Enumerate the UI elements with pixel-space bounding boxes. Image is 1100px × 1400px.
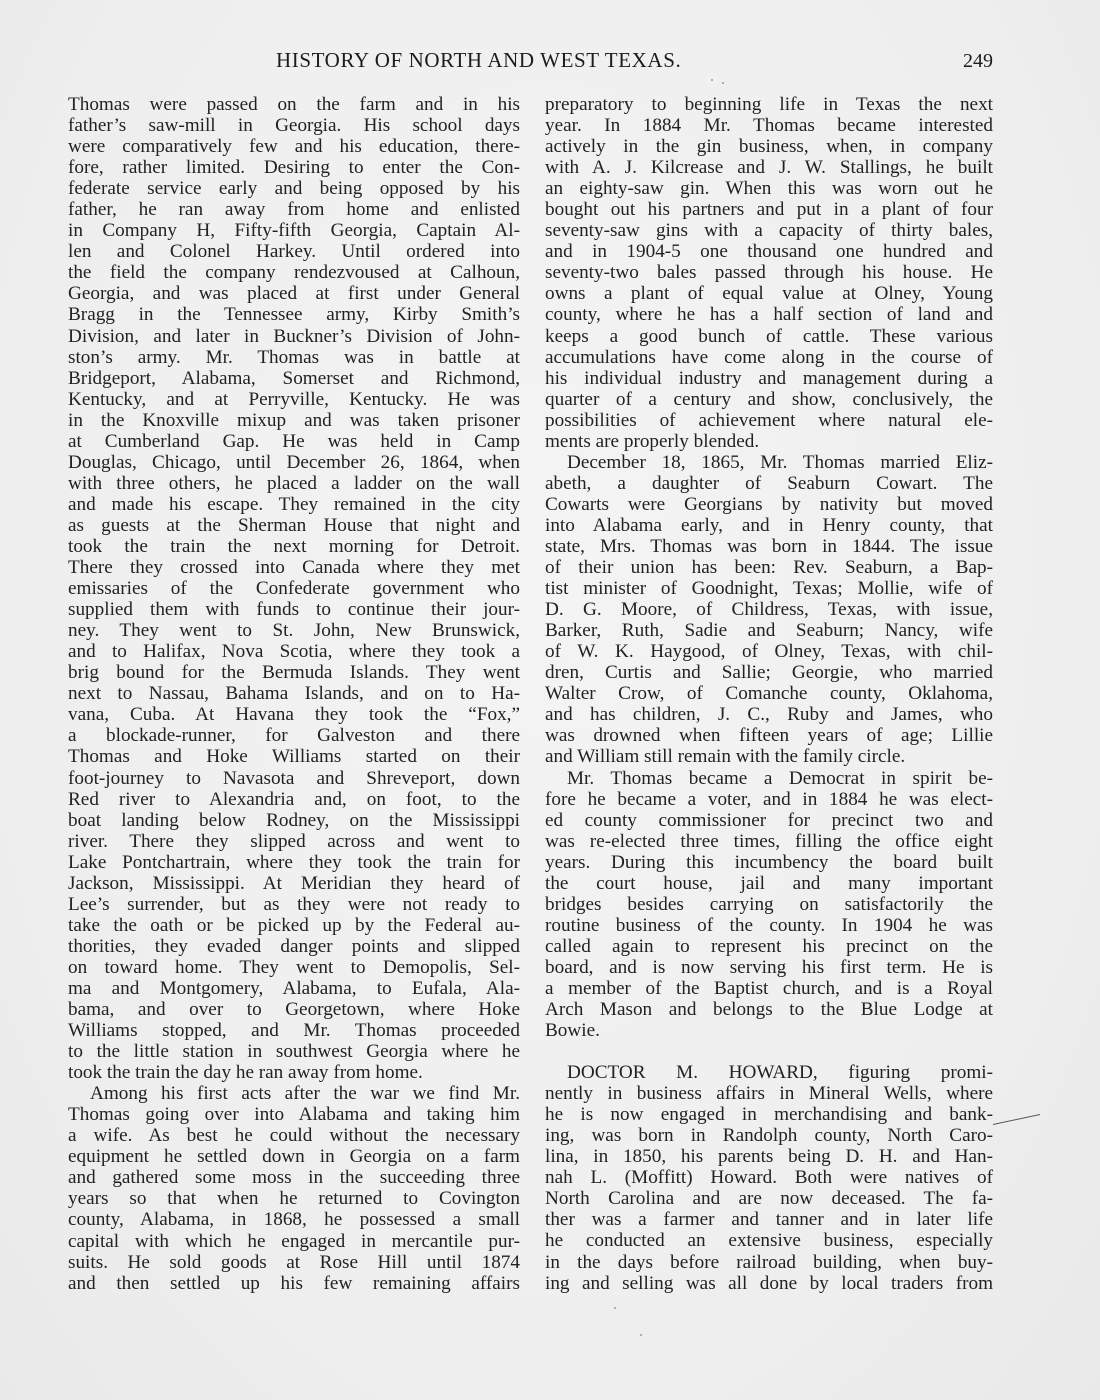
left-column-line: the field the company rendezvoused at Ca… <box>68 262 520 283</box>
right-column-line: ther was a farmer and tanner and in late… <box>545 1209 993 1230</box>
paper-speck <box>614 1307 616 1309</box>
right-column: preparatory to beginning life in Texas t… <box>545 94 993 1294</box>
left-column-line: bama, and over to Georgetown, where Hoke <box>68 999 520 1020</box>
right-column-line: Mr. Thomas became a Democrat in spirit b… <box>545 768 993 789</box>
right-column-line: DOCTOR M. HOWARD, figuring promi- <box>545 1062 993 1083</box>
right-column-line: D. G. Moore, of Childress, Texas, with i… <box>545 599 993 620</box>
right-column-line: Bowie. <box>545 1020 993 1041</box>
left-column-line: Bridgeport, Alabama, Somerset and Richmo… <box>68 368 520 389</box>
left-column-line: brig bound for the Bermuda Islands. They… <box>68 662 520 683</box>
right-column-line: of their union has been: Rev. Seaburn, a… <box>545 557 993 578</box>
right-column-line: bridges besides carrying on satisfactori… <box>545 894 993 915</box>
right-column-line: nah L. (Moffitt) Howard. Both were nativ… <box>545 1167 993 1188</box>
right-column-line: ing, was born in Randolph county, North … <box>545 1125 993 1146</box>
right-column-line: accumulations have come along in the cou… <box>545 347 993 368</box>
right-column-line: December 18, 1865, Mr. Thomas married El… <box>545 452 993 473</box>
left-column-line: capital with which he engaged in mercant… <box>68 1231 520 1252</box>
right-column-line: routine business of the county. In 1904 … <box>545 915 993 936</box>
right-column-line: in the days before railroad building, wh… <box>545 1252 993 1273</box>
right-column-line: an eighty-saw gin. When this was worn ou… <box>545 178 993 199</box>
right-column-line: he conducted an extensive business, espe… <box>545 1230 993 1251</box>
right-column-line: fore he became a voter, and in 1884 he w… <box>545 789 993 810</box>
right-column-line: dren, Curtis and Sallie; Georgie, who ma… <box>545 662 993 683</box>
right-column-line: North Carolina and are now deceased. The… <box>545 1188 993 1209</box>
paper-speck <box>640 1334 642 1336</box>
left-column-line: on toward home. They went to Demopolis, … <box>68 957 520 978</box>
left-column-line: federate service early and being opposed… <box>68 178 520 199</box>
right-column-line: lina, in 1850, his parents being D. H. a… <box>545 1146 993 1167</box>
left-column-line: ney. They went to St. John, New Brunswic… <box>68 620 520 641</box>
left-column-line: and to Halifax, Nova Scotia, where they … <box>68 641 520 662</box>
left-column-line: Thomas and Hoke Williams started on thei… <box>68 746 520 767</box>
right-column-line: was drowned when fifteen years of age; L… <box>545 725 993 746</box>
left-column-line: in Company H, Fifty-fifth Georgia, Capta… <box>68 220 520 241</box>
right-column-line: and William still remain with the family… <box>545 746 993 767</box>
right-column-line: nently in business affairs in Mineral We… <box>545 1083 993 1104</box>
left-column-line: at Cumberland Gap. He was held in Camp <box>68 431 520 452</box>
left-column-line: in the Knoxville mixup and was taken pri… <box>68 410 520 431</box>
scanned-page: HISTORY OF NORTH AND WEST TEXAS. 249 Tho… <box>0 0 1100 1400</box>
right-column-line: ing and selling was all done by local tr… <box>545 1273 993 1294</box>
left-column-line: river. There they slipped across and wen… <box>68 831 520 852</box>
left-column-line: a blockade-runner, for Galveston and the… <box>68 725 520 746</box>
left-column-line: fore, rather limited. Desiring to enter … <box>68 157 520 178</box>
right-column-line: of W. K. Haygood, of Olney, Texas, with … <box>545 641 993 662</box>
right-column-line: his individual industry and management d… <box>545 368 993 389</box>
right-column-line: he is now engaged in merchandising and b… <box>545 1104 993 1125</box>
right-column-line: with A. J. Kilcrease and J. W. Stallings… <box>545 157 993 178</box>
right-column-line: Walter Crow, of Comanche county, Oklahom… <box>545 683 993 704</box>
running-head-title: HISTORY OF NORTH AND WEST TEXAS. <box>276 48 681 73</box>
right-column-line: tist minister of Goodnight, Texas; Molli… <box>545 578 993 599</box>
right-column-line: and in 1904-5 one thousand one hundred a… <box>545 241 993 262</box>
left-column: Thomas were passed on the farm and in hi… <box>68 94 520 1294</box>
right-column-line: state, Mrs. Thomas was born in 1844. The… <box>545 536 993 557</box>
left-column-line: vana, Cuba. At Havana they took the “Fox… <box>68 704 520 725</box>
left-column-line: Red river to Alexandria and, on foot, to… <box>68 789 520 810</box>
left-column-line: thorities, they evaded danger points and… <box>68 936 520 957</box>
right-column-line: actively in the gin business, when, in c… <box>545 136 993 157</box>
left-column-line: and then settled up his few remaining af… <box>68 1273 520 1294</box>
paper-speck <box>722 82 724 84</box>
right-column-line: Cowarts were Georgians by nativity but m… <box>545 494 993 515</box>
left-column-line: to the little station in southwest Georg… <box>68 1041 520 1062</box>
right-column-line: a member of the Baptist church, and is a… <box>545 978 993 999</box>
right-column-line: called again to represent his precinct o… <box>545 936 993 957</box>
left-column-line: next to Nassau, Bahama Islands, and on t… <box>68 683 520 704</box>
left-column-line: father’s saw-mill in Georgia. His school… <box>68 115 520 136</box>
left-column-line: as guests at the Sherman House that nigh… <box>68 515 520 536</box>
left-column-line: were comparatively few and his education… <box>68 136 520 157</box>
left-column-line: father, he ran away from home and enlist… <box>68 199 520 220</box>
right-column-line: into Alabama early, and in Henry county,… <box>545 515 993 536</box>
left-column-line: Kentucky, and at Perryville, Kentucky. H… <box>68 389 520 410</box>
right-column-line: Barker, Ruth, Sadie and Seaburn; Nancy, … <box>545 620 993 641</box>
right-column-line: seventy-two bales passed through his hou… <box>545 262 993 283</box>
left-column-line: took the train the day he ran away from … <box>68 1062 520 1083</box>
left-column-line: a wife. As best he could without the nec… <box>68 1125 520 1146</box>
left-column-line: Lee’s surrender, but as they were not re… <box>68 894 520 915</box>
left-column-line: Williams stopped, and Mr. Thomas proceed… <box>68 1020 520 1041</box>
left-column-line: Division, and later in Buckner’s Divisio… <box>68 326 520 347</box>
left-column-line: Thomas were passed on the farm and in hi… <box>68 94 520 115</box>
right-column-line: preparatory to beginning life in Texas t… <box>545 94 993 115</box>
left-column-line: len and Colonel Harkey. Until ordered in… <box>68 241 520 262</box>
right-column-line: county, where he has a half section of l… <box>545 304 993 325</box>
running-head: HISTORY OF NORTH AND WEST TEXAS. 249 <box>0 48 1100 78</box>
right-column-line: and has children, J. C., Ruby and James,… <box>545 704 993 725</box>
left-column-line: county, Alabama, in 1868, he possessed a… <box>68 1209 520 1230</box>
right-column-line: the court house, jail and many important <box>545 873 993 894</box>
left-column-line: There they crossed into Canada where the… <box>68 557 520 578</box>
right-column-line: year. In 1884 Mr. Thomas became interest… <box>545 115 993 136</box>
right-column-line: seventy-saw gins with a capacity of thir… <box>545 220 993 241</box>
right-column-line: keeps a good bunch of cattle. These vari… <box>545 326 993 347</box>
left-column-line: years so that when he returned to Coving… <box>68 1188 520 1209</box>
left-column-line: Bragg in the Tennessee army, Kirby Smith… <box>68 304 520 325</box>
right-column-line: possibilities of achievement where natur… <box>545 410 993 431</box>
left-column-line: supplied them with funds to continue the… <box>68 599 520 620</box>
left-column-line: Lake Pontchartrain, where they took the … <box>68 852 520 873</box>
left-column-line: emissaries of the Confederate government… <box>68 578 520 599</box>
left-column-line: Georgia, and was placed at first under G… <box>68 283 520 304</box>
right-column-line: Arch Mason and belongs to the Blue Lodge… <box>545 999 993 1020</box>
left-column-line: foot-journey to Navasota and Shreveport,… <box>68 768 520 789</box>
right-column-line: owns a plant of equal value at Olney, Yo… <box>545 283 993 304</box>
margin-pencil-mark <box>993 1114 1040 1125</box>
right-column-line: board, and is now serving his first term… <box>545 957 993 978</box>
right-column-line: was re-elected three times, filling the … <box>545 831 993 852</box>
left-column-line: took the train the next morning for Detr… <box>68 536 520 557</box>
left-column-line: ston’s army. Mr. Thomas was in battle at <box>68 347 520 368</box>
left-column-line: take the oath or be picked up by the Fed… <box>68 915 520 936</box>
left-column-line: equipment he settled down in Georgia on … <box>68 1146 520 1167</box>
left-column-line: boat landing below Rodney, on the Missis… <box>68 810 520 831</box>
left-column-line: Thomas going over into Alabama and takin… <box>68 1104 520 1125</box>
right-column-line: abeth, a daughter of Seaburn Cowart. The <box>545 473 993 494</box>
page-number: 249 <box>963 50 993 73</box>
right-column-line: bought out his partners and put in a pla… <box>545 199 993 220</box>
paper-speck <box>711 79 713 81</box>
right-column-line: quarter of a century and show, conclusiv… <box>545 389 993 410</box>
left-column-line: suits. He sold goods at Rose Hill until … <box>68 1252 520 1273</box>
right-column-line: ed county commissioner for precinct two … <box>545 810 993 831</box>
right-column-line: ments are properly blended. <box>545 431 993 452</box>
left-column-line: ma and Montgomery, Alabama, to Eufala, A… <box>68 978 520 999</box>
right-column-line: years. During this incumbency the board … <box>545 852 993 873</box>
left-column-line: and gathered some moss in the succeeding… <box>68 1167 520 1188</box>
left-column-line: and made his escape. They remained in th… <box>68 494 520 515</box>
left-column-line: Among his first acts after the war we fi… <box>68 1083 520 1104</box>
left-column-line: with three others, he placed a ladder on… <box>68 473 520 494</box>
left-column-line: Jackson, Mississippi. At Meridian they h… <box>68 873 520 894</box>
left-column-line: Douglas, Chicago, until December 26, 186… <box>68 452 520 473</box>
